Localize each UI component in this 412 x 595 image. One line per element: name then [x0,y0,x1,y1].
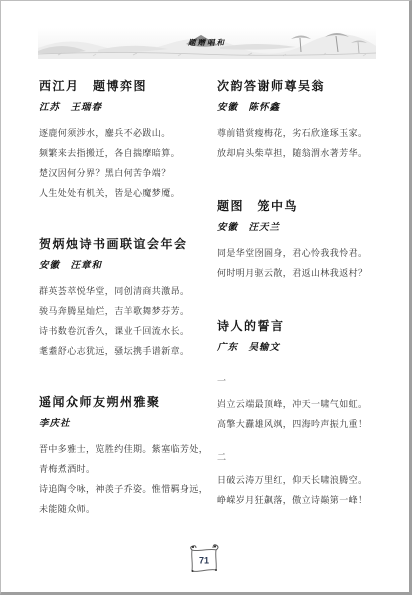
poem-line: 群英荟萃悦华堂，同创清商共激昂。 [39,286,211,297]
page-footer: 71 [185,544,223,576]
section-header-title: 题赠唱和 [38,37,376,48]
poem-title: 贺炳烛诗书画联谊会年会 [39,237,211,251]
scroll-ornament-icon: 71 [185,544,223,576]
poem-line: 放却肩头柴草担，随翁渭水著芳华。 [217,148,389,159]
poem-line: 诗书数卷沉香久，课业千回流水长。 [39,326,211,337]
poem-line: 何时明月驱云散，君返山林我返村？ [217,268,389,279]
poem-block: 诗人的誓言 广东 吴输文 一 岿立云端最顶峰，冲天一啸气如虹。 高擎大纛雄风飒，… [217,319,389,506]
poem-line: 高擎大纛雄风飒，四海吟声振九重！ [217,419,389,430]
poem-line: 同是华堂囹圄身，君心怜我我怜君。 [217,248,389,259]
poem-stanza: 一 岿立云端最顶峰，冲天一啸气如虹。 高擎大纛雄风飒，四海吟声振九重！ [217,376,389,430]
poem-line: 频繁来去指搬迁，各自揣摩暗算。 [39,148,211,159]
poem-title: 题图 笼中鸟 [217,199,389,213]
poem-line: 未能随众师。 [39,504,211,515]
poem-block: 遥闻众师友朔州雅聚 李庆社 晋中多雅士，览胜约佳期。紫塞临芳处， 青梅煮酒时。 … [39,395,211,515]
poem-author: 江苏 王瑞春 [39,103,211,114]
poem-block: 贺炳烛诗书画联谊会年会 安徽 汪章和 群英荟萃悦华堂，同创清商共激昂。 骏马奔腾… [39,237,211,357]
poem-line: 诗追陶令咏，神羡子乔姿。惟惜羁身远， [39,484,211,495]
poem-line: 人生处处有机关，皆是心魔梦魇。 [39,188,211,199]
header-artwork: 题赠唱和 [38,28,376,59]
poem-author: 安徽 汪章和 [39,261,211,272]
poem-title: 西江月 题博弈图 [39,79,211,93]
poem-line: 峥嵘岁月狂飙落，傲立诗巅第一峰！ [217,495,389,506]
poem-title: 诗人的誓言 [217,319,389,333]
column-right: 次韵答谢师尊吴翁 安徽 陈怀鑫 尊前错赏瘦梅花，劣石欣逢琢玉家。 放却肩头柴草担… [217,79,389,515]
poem-line: 晋中多雅士，览胜约佳期。紫塞临芳处， [39,444,211,455]
poem-line: 耄耋舒心志犹远，骚坛携手谱新章。 [39,346,211,357]
poem-line: 青梅煮酒时。 [39,464,211,475]
poem-author: 安徽 汪天兰 [217,223,389,234]
stanza-marker: 二 [217,452,389,463]
poem-title: 次韵答谢师尊吴翁 [217,79,389,93]
poem-author: 李庆社 [39,419,211,430]
column-left: 西江月 题博弈图 江苏 王瑞春 逐鹿何须涉水，鏖兵不必跋山。 频繁来去指搬迁，各… [39,79,211,524]
book-page: 题赠唱和 西江月 题博弈图 江苏 王瑞春 逐鹿何须涉水，鏖兵不必跋山。 频繁来去… [0,0,412,595]
poem-block: 西江月 题博弈图 江苏 王瑞春 逐鹿何须涉水，鏖兵不必跋山。 频繁来去指搬迁，各… [39,79,211,199]
page-number: 71 [199,556,209,566]
poem-title: 遥闻众师友朔州雅聚 [39,395,211,409]
poem-line: 骏马奔腾星灿烂，吉羊歌舞梦芬芳。 [39,306,211,317]
poem-line: 岿立云端最顶峰，冲天一啸气如虹。 [217,399,389,410]
poem-author: 安徽 陈怀鑫 [217,103,389,114]
poem-line: 逐鹿何须涉水，鏖兵不必跋山。 [39,128,211,139]
poem-block: 次韵答谢师尊吴翁 安徽 陈怀鑫 尊前错赏瘦梅花，劣石欣逢琢玉家。 放却肩头柴草担… [217,79,389,159]
poem-line: 日破云涛万里红，仰天长啸浪腾空。 [217,475,389,486]
poem-line: 楚汉因何分界？黑白何苦争端？ [39,168,211,179]
stanza-marker: 一 [217,376,389,387]
poem-author: 广东 吴输文 [217,343,389,354]
poem-line: 尊前错赏瘦梅花，劣石欣逢琢玉家。 [217,128,389,139]
poem-stanza: 二 日破云涛万里红，仰天长啸浪腾空。 峥嵘岁月狂飙落，傲立诗巅第一峰！ [217,452,389,506]
poem-block: 题图 笼中鸟 安徽 汪天兰 同是华堂囹圄身，君心怜我我怜君。 何时明月驱云散，君… [217,199,389,279]
